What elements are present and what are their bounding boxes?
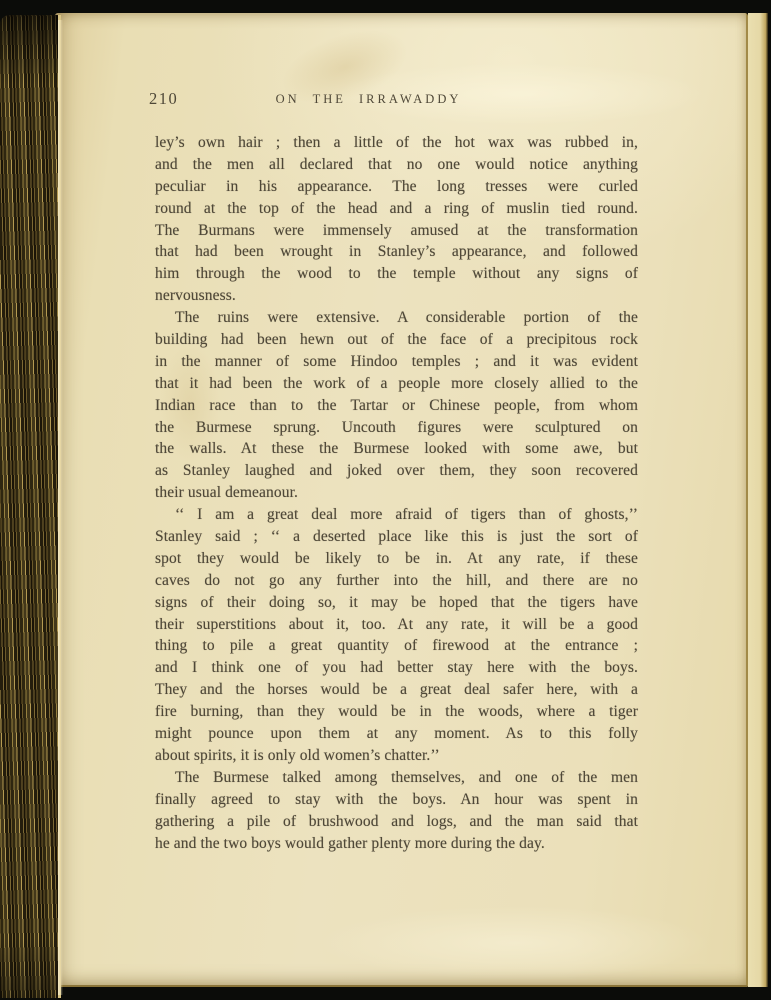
text-line: peculiar in his appearance. The long tre…	[155, 176, 638, 198]
text-line: The Burmese talked among themselves, and…	[155, 767, 638, 789]
text-line: ley’s own hair ; then a little of the ho…	[155, 132, 638, 154]
text-line: that it had been the work of a people mo…	[155, 373, 638, 395]
text-line: The ruins were extensive. A considerable…	[155, 307, 638, 329]
text-line: fire burning, than they would be in the …	[155, 701, 638, 723]
text-line: about spirits, it is only old women’s ch…	[155, 745, 638, 767]
scan-light-band	[320, 906, 710, 980]
text-line: their usual demeanour.	[155, 482, 638, 504]
text-line: The Burmans were immensely amused at the…	[155, 220, 638, 242]
text-line: spot they would be likely to be in. At a…	[155, 548, 638, 570]
text-line: the walls. At these the Burmese looked w…	[155, 438, 638, 460]
text-line: caves do not go any further into the hil…	[155, 570, 638, 592]
text-line: thing to pile a great quantity of firewo…	[155, 635, 638, 657]
text-line: signs of their doing so, it may be hoped…	[155, 592, 638, 614]
running-header: ON THE IRRAWADDY	[276, 92, 462, 107]
text-line: Indian race than to the Tartar or Chines…	[155, 395, 638, 417]
book-scan-page: 210 ON THE IRRAWADDY ley’s own hair ; th…	[0, 0, 771, 1000]
adjacent-page-edge	[748, 13, 768, 987]
text-line: in the manner of some Hindoo temples ; a…	[155, 351, 638, 373]
text-line: ‘‘ I am a great deal more afraid of tige…	[155, 504, 638, 526]
page-stack-highlight	[58, 20, 63, 995]
text-line: gathering a pile of brushwood and logs, …	[155, 811, 638, 833]
book-page: 210 ON THE IRRAWADDY ley’s own hair ; th…	[55, 13, 748, 987]
page-header: 210 ON THE IRRAWADDY	[155, 89, 638, 111]
page-number: 210	[149, 89, 178, 109]
text-line: as Stanley laughed and joked over them, …	[155, 460, 638, 482]
text-line: their superstitions about it, too. At an…	[155, 614, 638, 636]
text-line: building had been hewn out of the face o…	[155, 329, 638, 351]
text-line: him through the wood to the temple witho…	[155, 263, 638, 285]
text-line: he and the two boys would gather plenty …	[155, 833, 638, 855]
text-line: and I think one of you had better stay h…	[155, 657, 638, 679]
text-line: round at the top of the head and a ring …	[155, 198, 638, 220]
text-line: They and the horses would be a great dea…	[155, 679, 638, 701]
text-line: finally agreed to stay with the boys. An…	[155, 789, 638, 811]
text-line: and the men all declared that no one wou…	[155, 154, 638, 176]
page-text: ley’s own hair ; then a little of the ho…	[155, 132, 638, 854]
text-line: might pounce upon them at any moment. As…	[155, 723, 638, 745]
text-line: nervousness.	[155, 285, 638, 307]
text-line: that had been wrought in Stanley’s appea…	[155, 241, 638, 263]
page-stack-edge	[0, 15, 61, 998]
text-line: Stanley said ; ‘‘ a deserted place like …	[155, 526, 638, 548]
text-line: the Burmese sprung. Uncouth figures were…	[155, 417, 638, 439]
